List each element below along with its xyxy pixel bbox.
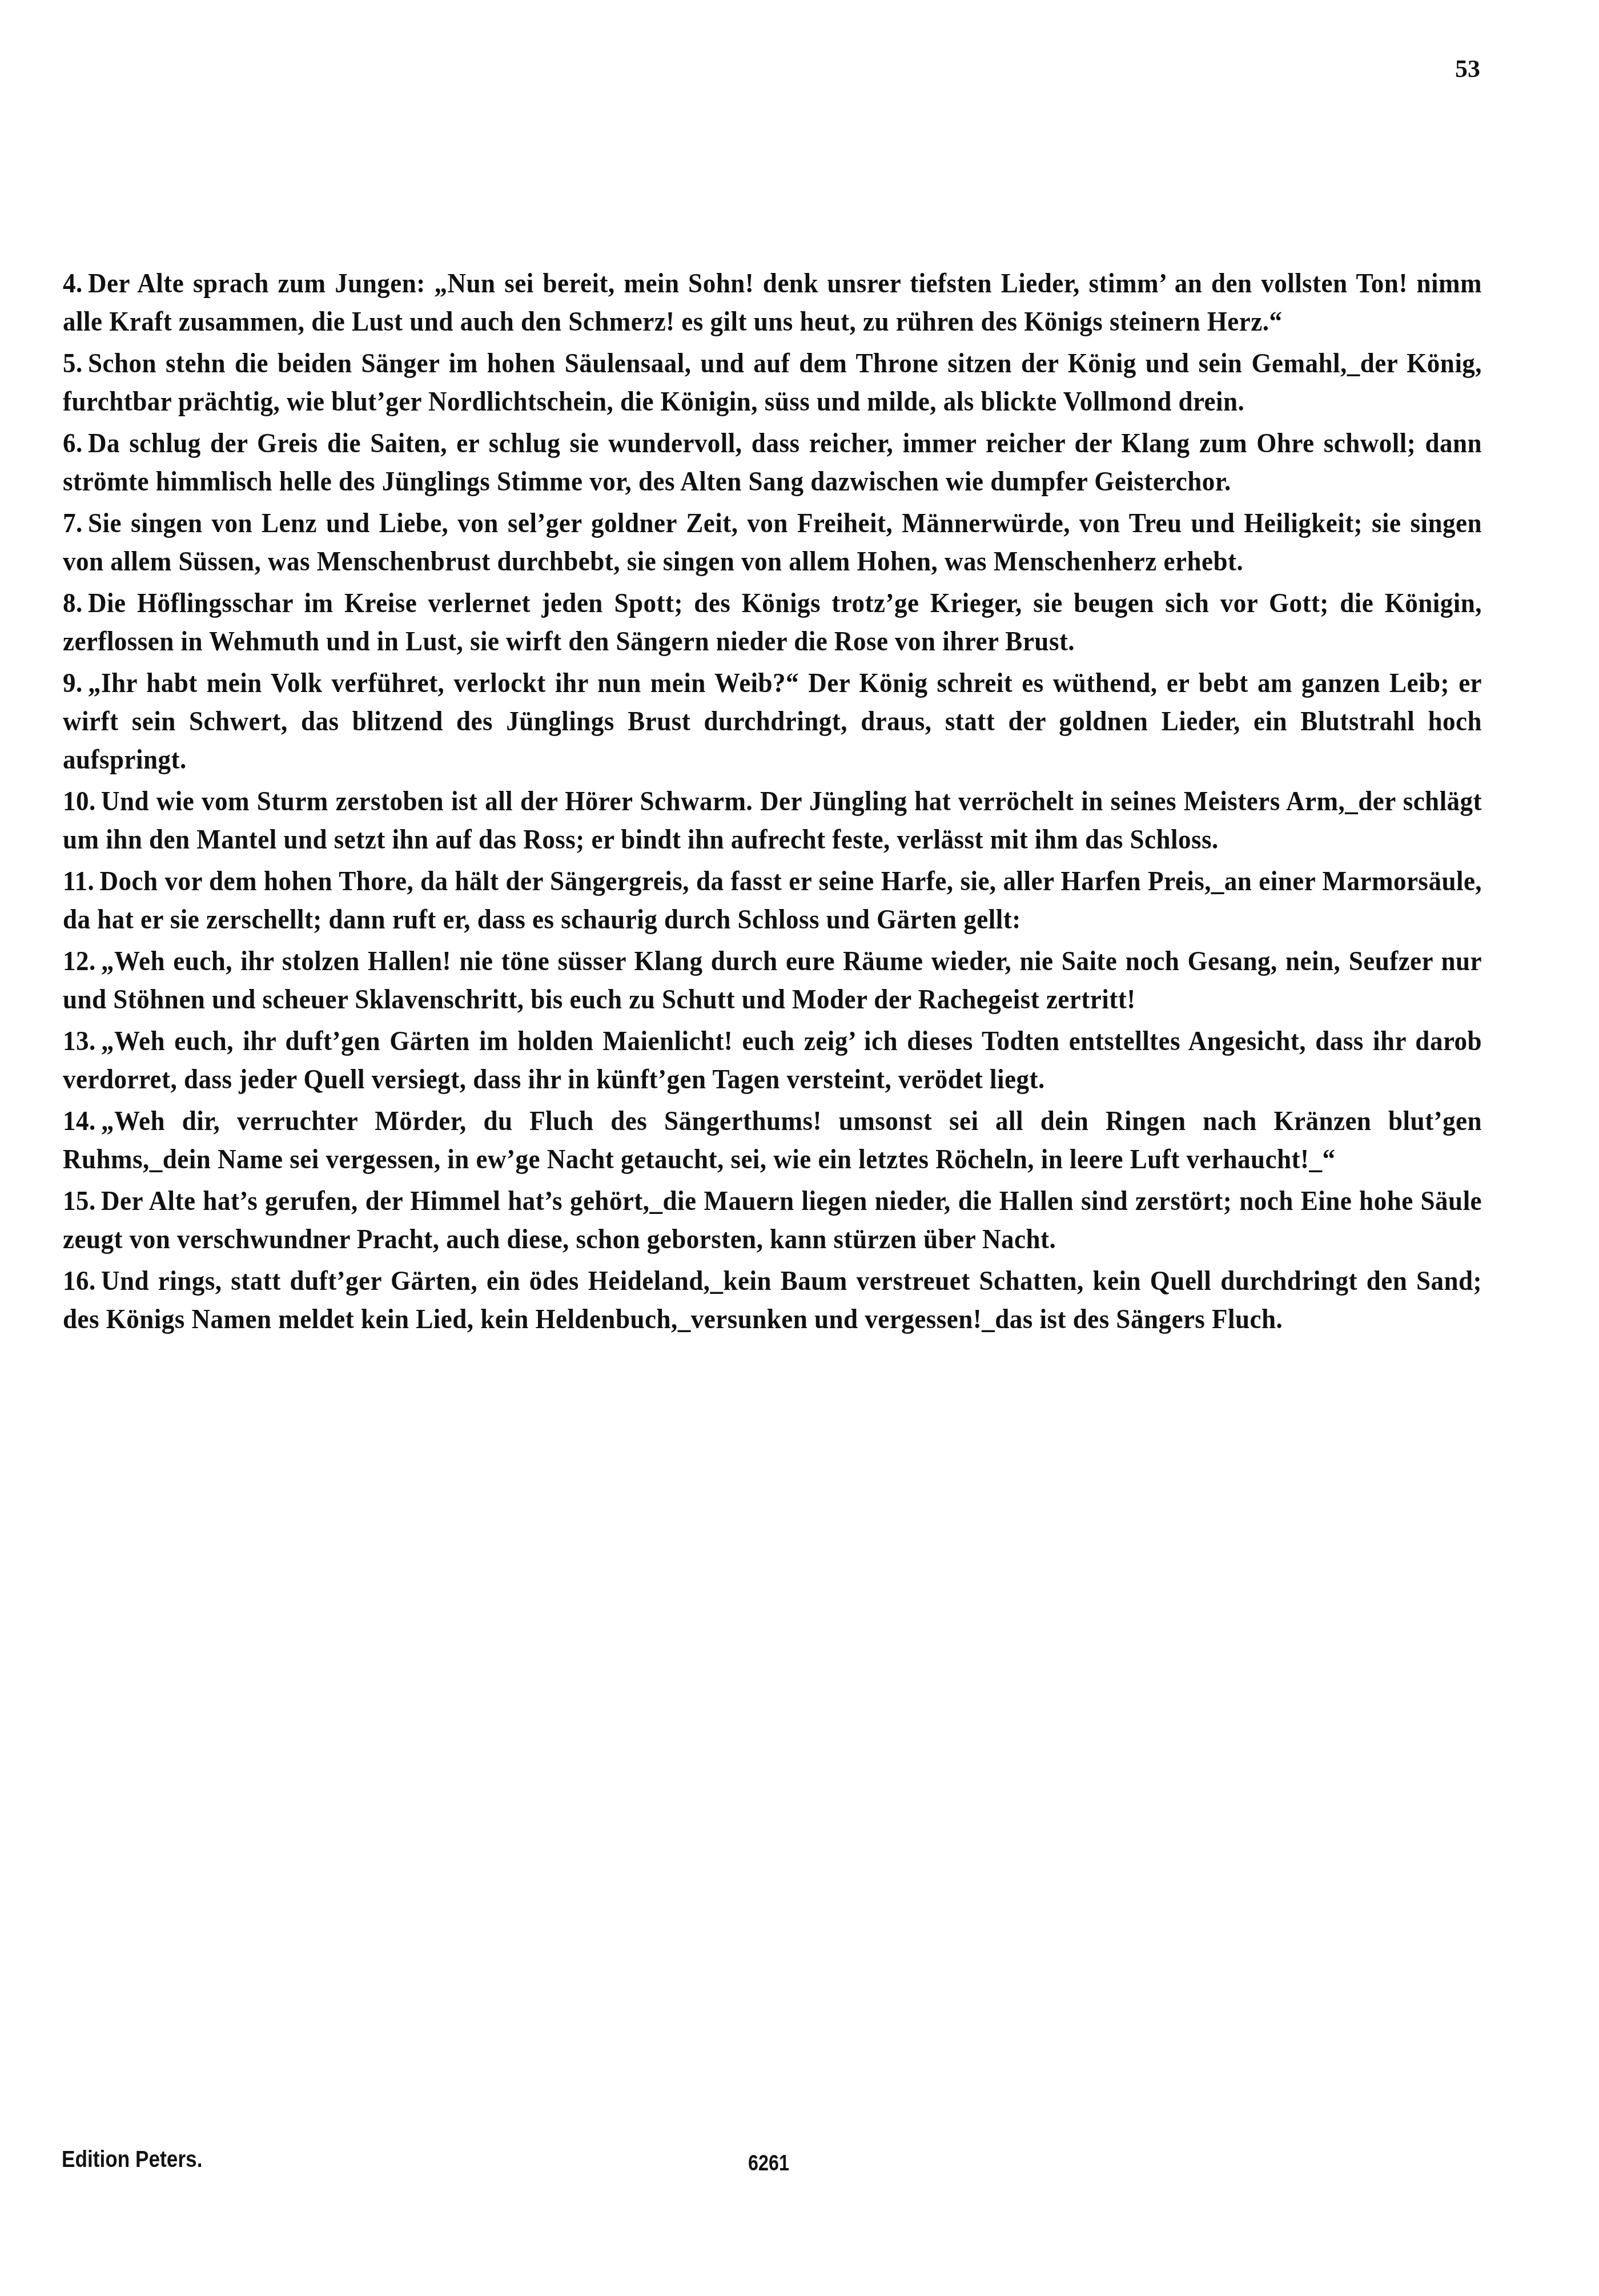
plate-number: 6261 [748,2152,789,2176]
stanza-number: 10. [63,785,96,817]
stanza-number: 4. [63,267,83,299]
stanza-text: Der Alte sprach zum Jungen: „Nun sei ber… [63,267,1482,337]
poem-body: 4.Der Alte sprach zum Jungen: „Nun sei b… [63,264,1482,1341]
stanza-text: Schon stehn die beiden Sänger im hohen S… [63,347,1482,417]
stanza-text: „Ihr habt mein Volk verführet, verlockt … [63,667,1482,775]
stanza-11: 11.Doch vor dem hohen Thore, da hält der… [63,862,1482,938]
stanza-5: 5.Schon stehn die beiden Sänger im hohen… [63,344,1482,420]
stanza-number: 14. [63,1105,96,1136]
stanza-number: 9. [63,667,83,698]
stanza-number: 15. [63,1185,96,1216]
stanza-text: Und wie vom Sturm zerstoben ist all der … [63,785,1482,855]
stanza-number: 8. [63,587,83,618]
stanza-text: „Weh dir, verruchter Mörder, du Fluch de… [63,1105,1482,1175]
stanza-13: 13.„Weh euch, ihr duft’gen Gärten im hol… [63,1022,1482,1098]
stanza-number: 5. [63,347,83,379]
stanza-number: 6. [63,427,83,459]
stanza-text: „Weh euch, ihr duft’gen Gärten im holden… [63,1025,1482,1095]
stanza-9: 9.„Ihr habt mein Volk verführet, verlock… [63,664,1482,778]
page-number: 53 [1455,54,1480,83]
stanza-number: 11. [63,865,94,896]
stanza-16: 16.Und rings, statt duft’ger Gärten, ein… [63,1261,1482,1338]
publisher-imprint: Edition Peters. [62,2147,202,2173]
stanza-number: 12. [63,945,96,976]
stanza-12: 12.„Weh euch, ihr stolzen Hallen! nie tö… [63,942,1482,1018]
stanza-text: „Weh euch, ihr stolzen Hallen! nie töne … [63,945,1482,1015]
stanza-number: 7. [63,507,83,538]
stanza-number: 16. [63,1265,96,1296]
stanza-text: Und rings, statt duft’ger Gärten, ein öd… [63,1265,1482,1334]
stanza-text: Der Alte hat’s gerufen, der Himmel hat’s… [63,1185,1482,1254]
stanza-text: Sie singen von Lenz und Liebe, von sel’g… [63,507,1482,577]
stanza-6: 6.Da schlug der Greis die Saiten, er sch… [63,424,1482,500]
stanza-number: 13. [63,1025,96,1056]
stanza-4: 4.Der Alte sprach zum Jungen: „Nun sei b… [63,264,1482,340]
stanza-text: Die Höflingsschar im Kreise verlernet je… [63,587,1482,657]
stanza-7: 7.Sie singen von Lenz und Liebe, von sel… [63,504,1482,580]
stanza-text: Da schlug der Greis die Saiten, er schlu… [63,427,1482,497]
stanza-15: 15.Der Alte hat’s gerufen, der Himmel ha… [63,1181,1482,1258]
stanza-text: Doch vor dem hohen Thore, da hält der Sä… [63,865,1482,935]
stanza-10: 10.Und wie vom Sturm zerstoben ist all d… [63,782,1482,858]
stanza-14: 14.„Weh dir, verruchter Mörder, du Fluch… [63,1101,1482,1178]
stanza-8: 8.Die Höflingsschar im Kreise verlernet … [63,584,1482,660]
